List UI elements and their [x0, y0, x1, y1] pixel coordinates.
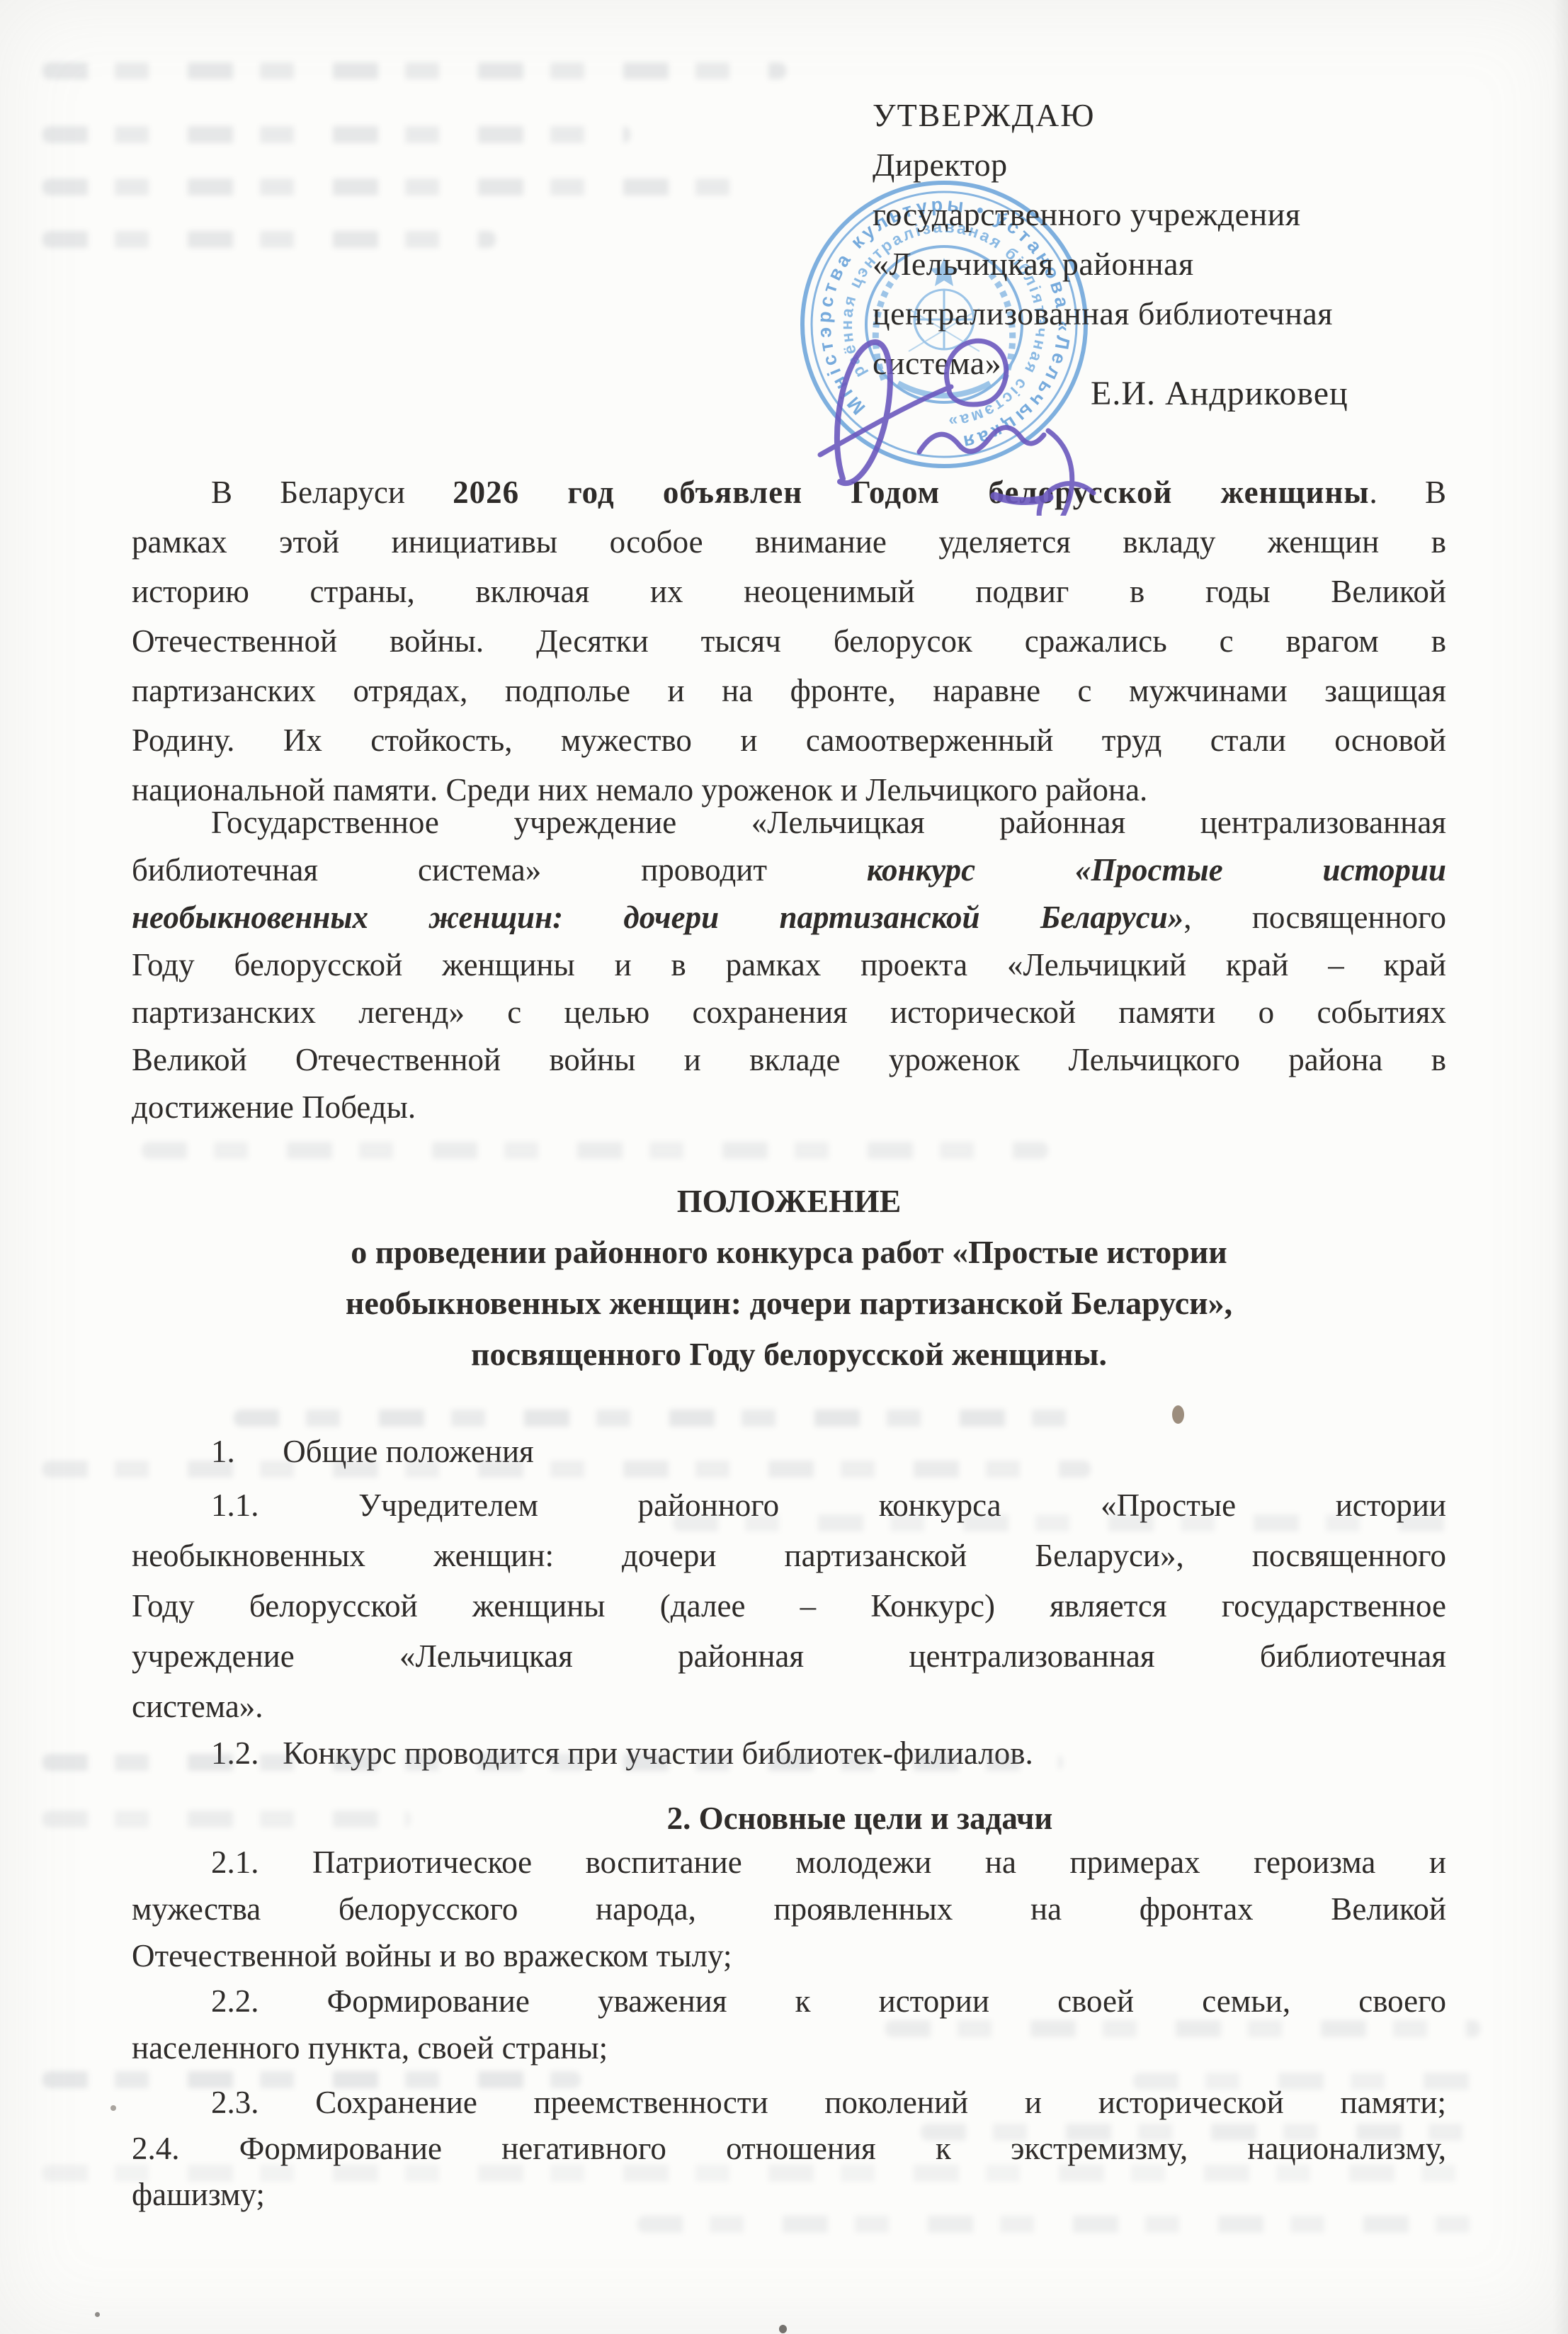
text-line: Году белорусской женщины (далее – Конкур… — [132, 1581, 1446, 1631]
bleedthrough-artifact — [921, 2124, 1487, 2141]
text-line: библиотечная система» проводит конкурс «… — [132, 846, 1446, 894]
bleedthrough-artifact — [1133, 2073, 1487, 2090]
text-line: необыкновенных женщин: дочери партизанск… — [132, 1278, 1446, 1329]
text-line: рамках этой инициативы особое внимание у… — [132, 517, 1446, 567]
text-line: Великой Отечественной войны и вкладе уро… — [132, 1036, 1446, 1084]
text-line: 2. Основные цели и задачи — [273, 1794, 1446, 1843]
bleedthrough-artifact — [142, 1142, 1048, 1159]
text-line: достижение Победы. — [132, 1084, 1446, 1131]
bleedthrough-artifact — [42, 126, 630, 143]
bleedthrough-artifact — [42, 231, 496, 248]
ink-speck — [779, 2325, 787, 2333]
bleedthrough-artifact — [885, 2020, 1480, 2037]
bleedthrough-artifact — [42, 179, 751, 196]
text-line: партизанских отрядах, подполье и на фрон… — [132, 666, 1446, 715]
approval-line: Директор — [873, 140, 1496, 190]
scan-edge-shadow — [1552, 0, 1568, 2334]
text-line: необыкновенных женщин: дочери партизанск… — [132, 894, 1446, 941]
bleedthrough-artifact — [42, 62, 786, 79]
paragraph-2-1: 2.1. Патриотическое воспитание молодежи … — [132, 1839, 1446, 1979]
bleedthrough-artifact — [234, 1410, 1084, 1427]
text-line: В Беларуси 2026 год объявлен Годом белор… — [132, 468, 1446, 517]
ink-speck — [95, 2312, 100, 2317]
text-line: Отечественной войны и во вражеском тылу; — [132, 1932, 1446, 1979]
text-line: Государственное учреждение «Лельчицкая р… — [132, 799, 1446, 846]
text-line: Году белорусской женщины и в рамках прое… — [132, 941, 1446, 989]
text-line: о проведении районного конкурса работ «П… — [132, 1227, 1446, 1278]
bleedthrough-artifact — [42, 1461, 1091, 1478]
approval-line: «Лельчицкая районная — [873, 239, 1496, 289]
bleedthrough-artifact — [42, 1811, 411, 1828]
director-signature — [799, 303, 1132, 516]
ink-speck — [110, 2105, 116, 2111]
document-title: ПОЛОЖЕНИЕо проведении районного конкурса… — [132, 1176, 1446, 1380]
text-line: историю страны, включая их неоценимый по… — [132, 567, 1446, 616]
ink-speck — [1172, 1405, 1184, 1424]
bleedthrough-artifact — [42, 1754, 1062, 1771]
paragraph-intro: В Беларуси 2026 год объявлен Годом белор… — [132, 468, 1446, 815]
text-line: Отечественной войны. Десятки тысяч белор… — [132, 616, 1446, 666]
text-line: система». — [132, 1682, 1446, 1732]
bleedthrough-artifact — [673, 1514, 1452, 1531]
text-line: Родину. Их стойкость, мужество и самоотв… — [132, 715, 1446, 765]
text-line: необыкновенных женщин: дочери партизанск… — [132, 1531, 1446, 1581]
text-line: мужества белорусского народа, проявленны… — [132, 1886, 1446, 1932]
text-line: ПОЛОЖЕНИЕ — [132, 1176, 1446, 1227]
paragraph-2-3-2-4: 2.3. Сохранение преемственности поколени… — [132, 2080, 1446, 2218]
text-line: 2.1. Патриотическое воспитание молодежи … — [132, 1839, 1446, 1886]
bleedthrough-artifact — [42, 2071, 581, 2088]
bleedthrough-artifact — [637, 2216, 1473, 2233]
text-line: 2.2. Формирование уважения к истории сво… — [132, 1978, 1446, 2024]
paragraph-contest-announcement: Государственное учреждение «Лельчицкая р… — [132, 799, 1446, 1131]
text-line: учреждение «Лельчицкая районная централи… — [132, 1631, 1446, 1682]
document-page: Міністэрства культуры • ўстанова «Лельчы… — [0, 0, 1568, 2334]
text-line: посвященного Году белорусской женщины. — [132, 1329, 1446, 1380]
bleedthrough-artifact — [42, 2165, 1487, 2182]
approval-line: государственного учреждения — [873, 190, 1496, 239]
approval-line: УТВЕРЖДАЮ — [873, 91, 1496, 140]
text-line: партизанских легенд» с целью сохранения … — [132, 989, 1446, 1036]
